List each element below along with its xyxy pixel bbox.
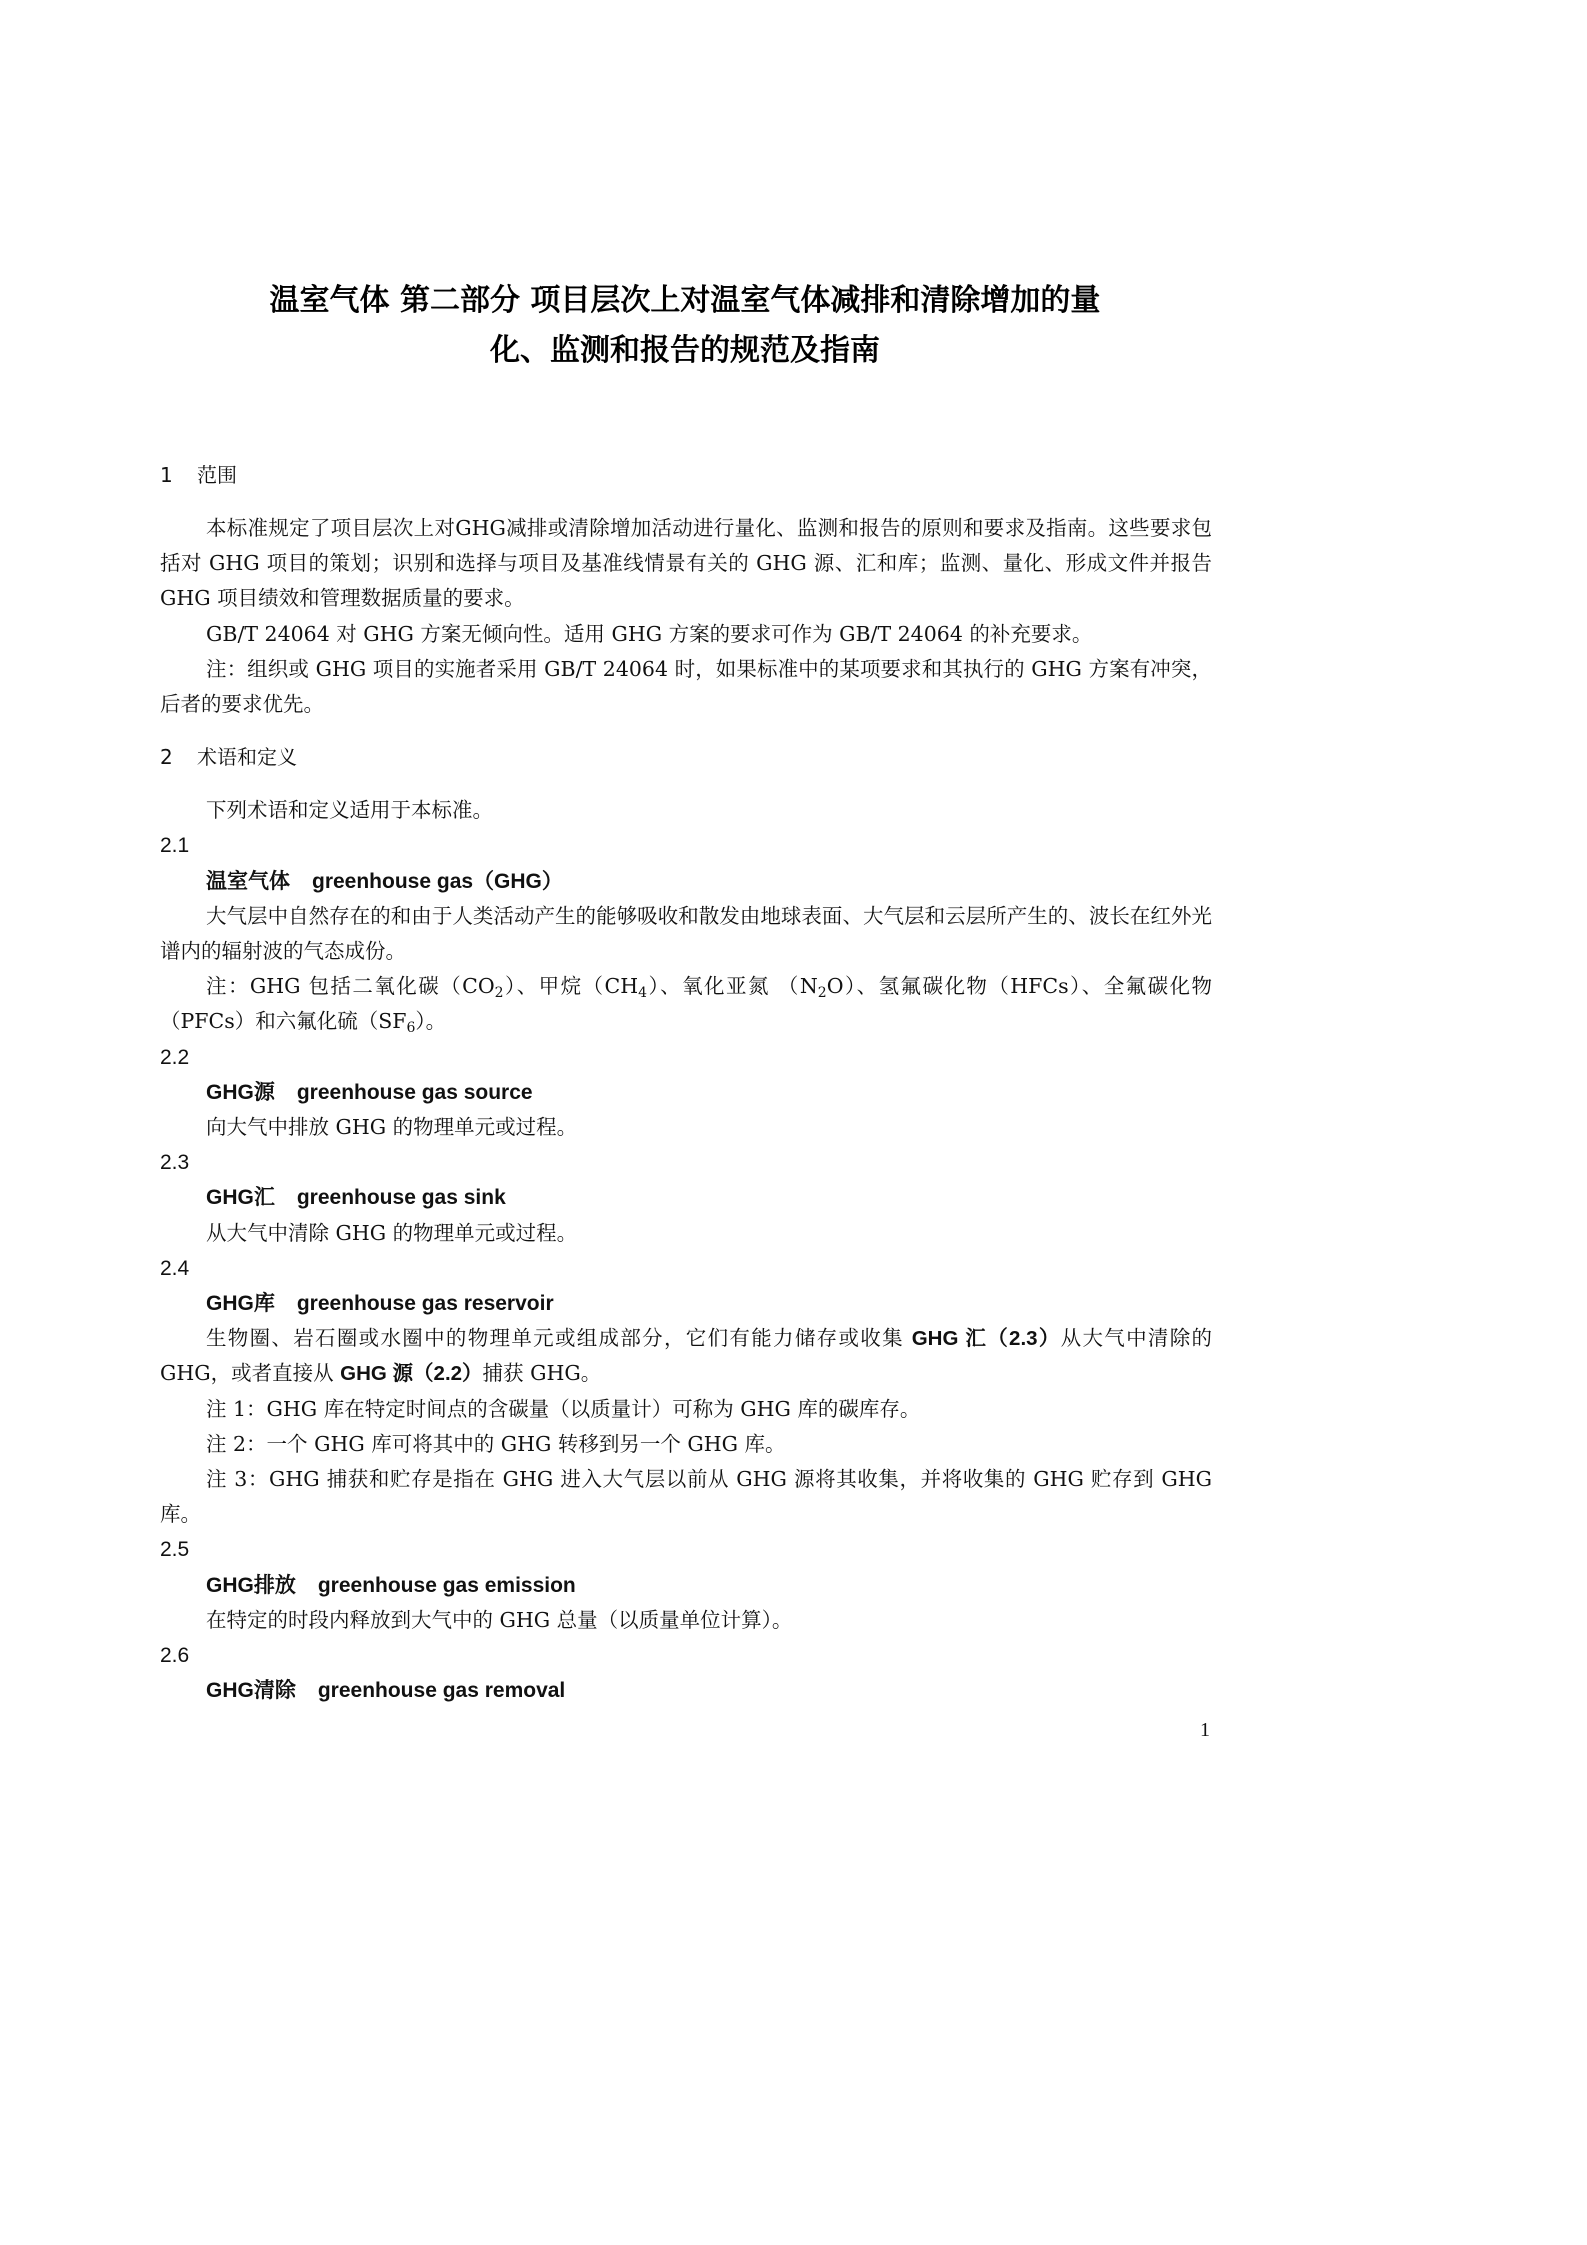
term-en: greenhouse gas emission bbox=[318, 1574, 576, 1597]
term-heading: GHG汇greenhouse gas sink bbox=[160, 1180, 1212, 1215]
clause-number: 2.3 bbox=[160, 1145, 1212, 1180]
terms-intro: 下列术语和定义适用于本标准。 bbox=[160, 793, 1212, 828]
title-line-2: 化、监测和报告的规范及指南 bbox=[160, 326, 1210, 376]
section-title: 术语和定义 bbox=[197, 745, 297, 769]
term-note: 注 2：一个 GHG 库可将其中的 GHG 转移到另一个 GHG 库。 bbox=[160, 1427, 1212, 1462]
term-heading: GHG清除greenhouse gas removal bbox=[160, 1673, 1212, 1708]
term-zh: 温室气体 bbox=[206, 870, 290, 893]
term-definition: 向大气中排放 GHG 的物理单元或过程。 bbox=[160, 1110, 1212, 1145]
term-definition: 生物圈、岩石圈或水圈中的物理单元或组成部分，它们有能力储存或收集 GHG 汇（2… bbox=[160, 1321, 1212, 1391]
clause-number: 2.6 bbox=[160, 1638, 1212, 1673]
scope-note: 注：组织或 GHG 项目的实施者采用 GB/T 24064 时，如果标准中的某项… bbox=[160, 652, 1212, 722]
clause-number: 2.4 bbox=[160, 1251, 1212, 1286]
section-number: 1 bbox=[160, 458, 197, 493]
term-en: greenhouse gas reservoir bbox=[297, 1292, 554, 1315]
term-heading: GHG源greenhouse gas source bbox=[160, 1075, 1212, 1110]
section-title: 范围 bbox=[197, 463, 237, 487]
document-title: 温室气体 第二部分 项目层次上对温室气体减排和清除增加的量 化、监测和报告的规范… bbox=[160, 276, 1210, 376]
scope-paragraph: 本标准规定了项目层次上对GHG减排或清除增加活动进行量化、监测和报告的原则和要求… bbox=[160, 511, 1212, 617]
clause-number: 2.5 bbox=[160, 1532, 1212, 1567]
term-zh: GHG排放 bbox=[206, 1574, 296, 1597]
document-body: 1范围 本标准规定了项目层次上对GHG减排或清除增加活动进行量化、监测和报告的原… bbox=[160, 458, 1212, 1708]
term-definition: 大气层中自然存在的和由于人类活动产生的能够吸收和散发由地球表面、大气层和云层所产… bbox=[160, 899, 1212, 969]
title-line-1: 温室气体 第二部分 项目层次上对温室气体减排和清除增加的量 bbox=[160, 276, 1210, 326]
term-note: 注 3：GHG 捕获和贮存是指在 GHG 进入大气层以前从 GHG 源将其收集，… bbox=[160, 1462, 1212, 1532]
clause-number: 2.1 bbox=[160, 828, 1212, 863]
cross-reference: GHG 汇（2.3） bbox=[912, 1327, 1061, 1350]
section-heading-terms: 2术语和定义 bbox=[160, 740, 1212, 775]
term-note: 注：GHG 包括二氧化碳（CO2）、甲烷（CH4）、氧化亚氮 （N2O）、氢氟碳… bbox=[160, 969, 1212, 1039]
page-number: 1 bbox=[1200, 1719, 1210, 1742]
clause-number: 2.2 bbox=[160, 1040, 1212, 1075]
term-definition: 从大气中清除 GHG 的物理单元或过程。 bbox=[160, 1216, 1212, 1251]
term-heading: 温室气体greenhouse gas（GHG） bbox=[160, 864, 1212, 899]
term-en: greenhouse gas sink bbox=[297, 1186, 506, 1209]
term-zh: GHG库 bbox=[206, 1292, 275, 1315]
term-zh: GHG清除 bbox=[206, 1679, 296, 1702]
term-en: greenhouse gas source bbox=[297, 1081, 533, 1104]
section-heading-scope: 1范围 bbox=[160, 458, 1212, 493]
term-heading: GHG库greenhouse gas reservoir bbox=[160, 1286, 1212, 1321]
term-note: 注 1：GHG 库在特定时间点的含碳量（以质量计）可称为 GHG 库的碳库存。 bbox=[160, 1392, 1212, 1427]
scope-paragraph: GB/T 24064 对 GHG 方案无倾向性。适用 GHG 方案的要求可作为 … bbox=[160, 617, 1212, 652]
term-zh: GHG汇 bbox=[206, 1186, 275, 1209]
term-en: greenhouse gas（GHG） bbox=[312, 870, 563, 893]
cross-reference: GHG 源（2.2） bbox=[340, 1362, 482, 1385]
term-definition: 在特定的时段内释放到大气中的 GHG 总量（以质量单位计算）。 bbox=[160, 1603, 1212, 1638]
term-en: greenhouse gas removal bbox=[318, 1679, 565, 1702]
document-page: 温室气体 第二部分 项目层次上对温室气体减排和清除增加的量 化、监测和报告的规范… bbox=[0, 0, 1587, 2245]
term-heading: GHG排放greenhouse gas emission bbox=[160, 1568, 1212, 1603]
term-zh: GHG源 bbox=[206, 1081, 275, 1104]
section-number: 2 bbox=[160, 740, 197, 775]
